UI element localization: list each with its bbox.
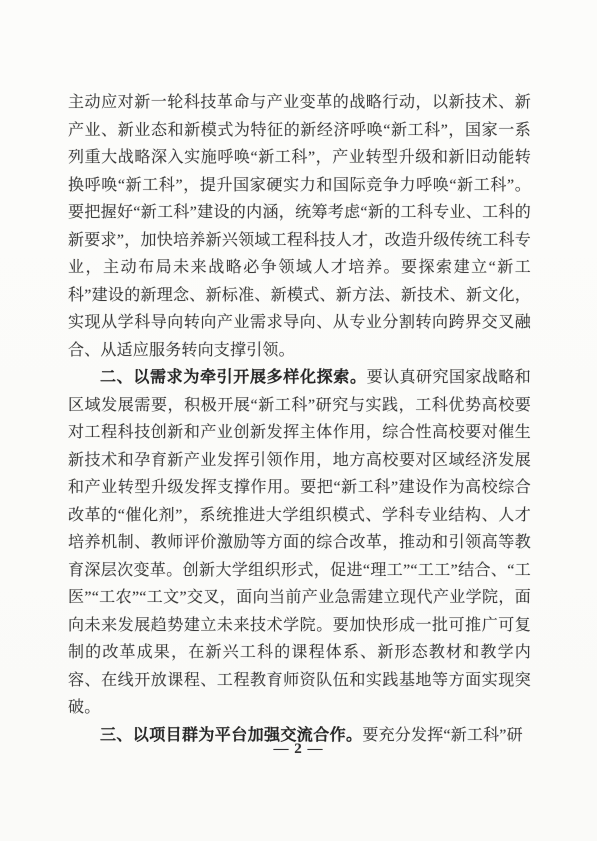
document-body: 主动应对新一轮科技革命与产业变革的战略行动，以新技术、新产业、新业态和新模式为特…: [68, 89, 531, 749]
paragraph-text: 主动应对新一轮科技革命与产业变革的战略行动，以新技术、新产业、新业态和新模式为特…: [68, 94, 531, 359]
section-heading: 二、以需求为牵引开展多样化探索。: [100, 369, 367, 386]
document-page: 主动应对新一轮科技革命与产业变革的战略行动，以新技术、新产业、新业态和新模式为特…: [0, 0, 597, 841]
page-number: — 2 —: [0, 741, 597, 758]
paragraph-text: 要认真研究国家战略和区域发展需要，积极开展“新工科”研究与实践，工科优势高校要对…: [68, 369, 531, 716]
body-paragraph-section-2: 二、以需求为牵引开展多样化探索。要认真研究国家战略和区域发展需要，积极开展“新工…: [68, 364, 531, 722]
body-paragraph-continuation: 主动应对新一轮科技革命与产业变革的战略行动，以新技术、新产业、新业态和新模式为特…: [68, 89, 531, 364]
